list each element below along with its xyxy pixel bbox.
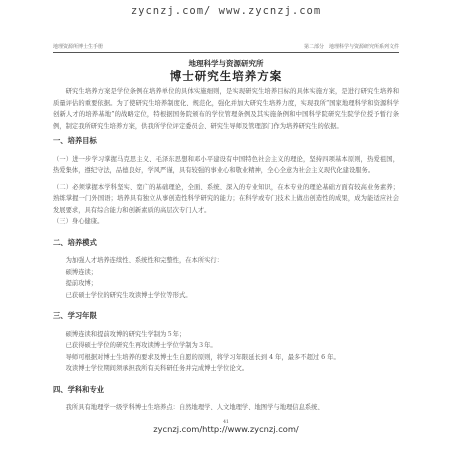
goal-3: （三）身心健康。 xyxy=(53,216,399,228)
section-heading-mode: 二、培养模式 xyxy=(53,237,399,249)
mode-intro: 为加强人才培养连续性、系统性和完整性，在本所实行： xyxy=(53,255,399,267)
section-heading-disciplines: 四、学科和专业 xyxy=(53,384,399,396)
goal-2: （二）必须掌握本学科坚实、宽广的基础理论，全面、系统、深入的专业知识，在本专业的… xyxy=(53,182,399,217)
duration-1: 硕博连读和提前攻博的研究生学制为５年； xyxy=(53,329,399,341)
duration-4: 攻读博士学位期间须承担我所有关科研任务并完成博士学位论文。 xyxy=(53,363,399,375)
mode-item-3: 已获硕士学位的研究生攻读博士学位等形式。 xyxy=(53,290,399,302)
running-header-right: 第二部分 地理科学与资源研究所系列文件 xyxy=(304,43,399,50)
section-heading-duration: 三、学习年限 xyxy=(53,310,399,322)
duration-3: 导师可根据对博士生培养的要求及博士生自愿的原则，将学习年限延长到 4 年，最多不… xyxy=(53,352,399,364)
document-title: 博士研究生培养方案 xyxy=(0,68,452,84)
intro-block: 研究生培养方案是学位条例在培养单位的具体实施细则，是实现研究生培养目标的具体实施… xyxy=(53,86,399,132)
document-body: 一、培养目标 （一）进一步学习掌握马克思主义、毛泽东思想和邓小平建设有中国特色社… xyxy=(53,135,399,414)
intro-paragraph: 研究生培养方案是学位条例在培养单位的具体实施细则，是实现研究生培养目标的具体实施… xyxy=(53,86,399,132)
section-heading-goals: 一、培养目标 xyxy=(53,135,399,147)
running-header-left: 地理资源所博士生手册 xyxy=(53,43,103,50)
mode-item-2: 提前攻博； xyxy=(53,278,399,290)
goal-1: （一）进一步学习掌握马克思主义、毛泽东思想和邓小平建设有中国特色社会主义的理论，… xyxy=(53,154,399,177)
watermark-top: zycnzj.com/ www.zycnzj.com xyxy=(0,5,452,17)
mode-item-1: 硕博连读； xyxy=(53,267,399,279)
duration-2: 已获得硕士学位的研究生再攻读博士学位学制为３年。 xyxy=(53,340,399,352)
disciplines-1: 我所具有地理学一级学科博士生培养点：自然地理学、人文地理学、地图学与地理信息系统… xyxy=(53,402,399,414)
watermark-bottom: zycnzj.com/http://www.zycnzj.com/ xyxy=(0,424,452,434)
running-header: 地理资源所博士生手册 第二部分 地理科学与资源研究所系列文件 xyxy=(53,43,399,53)
